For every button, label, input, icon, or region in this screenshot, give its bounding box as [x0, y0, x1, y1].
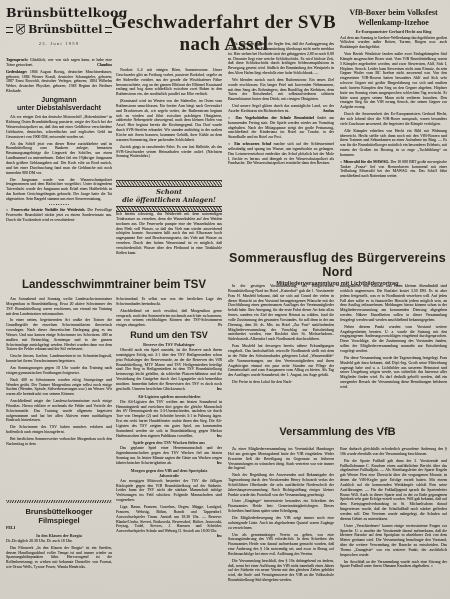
tsv-lineup-text: Liga: Baum, Franzen, Gawehns, Degen, Müg…	[116, 505, 222, 533]
public-grounds-notice-box: Schont die öffentlichen Anlagen!	[116, 180, 222, 212]
notice-line2: die öffentlichen Anlagen!	[116, 196, 222, 204]
column4-lower: Eine dadurch gleichfalls erforderlich ge…	[340, 447, 447, 597]
headline-landesschwimmtrainer: Landesschwimmtrainer beim TSV	[6, 279, 222, 291]
tsv-paragraph: Die Alt-Ligisten des TSV weilten am letz…	[116, 400, 222, 439]
column4-middle: mittagskaffee mit Kuchen und einen klein…	[340, 284, 447, 422]
schwimm-paragraph: Nach 400 m Schwimmen wurden eifrig Start…	[6, 378, 112, 397]
buergerverein-paragraph: Frau Musfeld hat deswegen bereits nähere…	[228, 344, 334, 378]
headline-jungmann-line2: unter Diebstahlsverdacht	[6, 105, 112, 113]
schwimm-paragraph: Am Sonnabend und Sonntag weilte Landessc…	[6, 297, 112, 316]
geschwader-signature: Aeolus	[319, 109, 334, 114]
boxer-lead-line: Ex-Europameister Gerhard Hecht am Ring	[340, 29, 447, 34]
vfb-paragraph: Nach der Begrüßung der Anwesenden und Be…	[228, 473, 334, 497]
column2-lower: Schwimmbad. Er selbst war von der herrli…	[116, 297, 222, 597]
schwimm-paragraph: In einer netten, begeisternden Art wußte…	[6, 318, 112, 352]
gedenktage: Gedenktage: 1804 August Borsig, deutsche…	[6, 70, 112, 94]
geschwader-paragraph: Und unsere Segel glitten durch das sonnt…	[228, 104, 334, 114]
vfb-paragraph: Die Versammlung beschloß, den § 10a dahi…	[228, 559, 334, 583]
schwimm-continuation: Abschließend sei noch erwähnt, daß Morge…	[116, 309, 222, 328]
tsv-paragraph: Am morgigen Mittwoch bestreitet der TSV …	[116, 479, 222, 503]
headline-vfb-boxer: VfB-Boxer beim Volksfest Wellenkamp-Itze…	[340, 8, 447, 27]
ornament-left	[6, 27, 13, 33]
jungmann-paragraph: Der Jungmann wurde von der Wasserschutzp…	[6, 178, 112, 202]
tsv-paragraph: Das geplante Spiel einer Herrenmannschaf…	[116, 446, 222, 465]
headline-sommerausflug-title: Sommerausflug des Bürgervereins Nord	[228, 251, 447, 279]
masthead-title-row: Brünsbüttel	[6, 22, 112, 37]
tagesspruch: Tagesspruch: Glücklich, wer von sich sag…	[6, 58, 112, 68]
tagesspruch-label: Tagesspruch:	[6, 58, 28, 62]
tsv-reserve-signature: hw	[213, 387, 222, 392]
film-times: Di–Do täglich 20.30 Uhr, Di. auch 18 Uhr…	[6, 539, 112, 544]
vfb-paragraph: Unter „Eingänge“ interessierte besonders…	[228, 499, 334, 514]
schaf-lead: ○ Ein schwarzes Schaf	[228, 142, 271, 146]
tsv-altligisten-signature: hw	[213, 434, 222, 439]
vfb-paragraph: Unter „Verschiedenes“ kamen einige verei…	[340, 524, 447, 558]
film-title: In den Klauen der Borgia	[6, 533, 112, 538]
issue-date: 23. Juni 1959	[6, 41, 112, 46]
feuerwehr-continuation: lich bereits schwierig, das Weidevieh mi…	[116, 212, 222, 256]
boxer-paragraph: Vom Bezirk Westküste fanden außer zwei E…	[340, 52, 447, 110]
geschwader-paragraph: Nordost 3–4 mit einigen Böen, Sommersonn…	[116, 68, 222, 97]
headline-vfb-boxer-line1: VfB-Boxer beim Volksfest	[340, 8, 447, 18]
schwimm-paragraph: Am Sonntagmorgen gegen 10 Uhr wurde das …	[6, 366, 112, 376]
column1-middle: Am Sonnabend und Sonntag weilte Landessc…	[6, 297, 112, 497]
buergerverein-paragraph: Neben diesem Punkt wurden vom Vorstand w…	[340, 325, 447, 354]
headline-jungmann: Jungmann unter Diebstahlsverdacht	[6, 97, 112, 113]
schaf-note: ○ Ein schwarzes Schaf machte sich auf de…	[228, 142, 334, 166]
vogelschiessen-note: ○ Das Vogelschießen der Schule Brunsbütt…	[228, 116, 334, 140]
section-divider	[6, 500, 112, 503]
article-end-divider	[49, 204, 69, 206]
schwimm-paragraph: Anschließend zeigte der Landesschwimmtra…	[6, 399, 112, 423]
column2-middle: lich bereits schwierig, das Weidevieh mi…	[116, 212, 222, 276]
notice-box-text: Schont die öffentlichen Anlagen!	[116, 187, 222, 206]
vfb-paragraph: Die Mitgliederbewegung des VfB zeigt imm…	[228, 516, 334, 531]
buergerverein-paragraph: Die Preise in dem Lokal für den Nach-	[228, 380, 334, 385]
headline-geschwaderfahrt-line1: Geschwaderfahrt der SVB	[110, 12, 338, 34]
tsv-subhead-vfb-line2: Jahnstraße	[116, 473, 222, 478]
film-review: Das Filmwerk „In den Klauen der Borgia“ …	[6, 546, 112, 570]
tsv-subhead-altligisten: Alt-Ligisten spielten unentschieden	[116, 394, 222, 399]
vfb-paragraph: Für die Sparte Fußball gab dann der 2. V…	[340, 459, 447, 522]
headline-filmspiegel: Brunsbüttelkooger Filmspiegel	[6, 508, 112, 525]
schwimm-paragraph: Die Schwimmer des TSV haben manches erfa…	[6, 425, 112, 435]
headline-rund-um-den-tsv: Rund um den TSV	[116, 330, 222, 340]
schwimm-paragraph: Gesche Jansen, Itzehoe, Landesmeisterin …	[6, 354, 112, 364]
column2-top: Nordost 3–4 mit einigen Böen, Sommersonn…	[116, 68, 222, 178]
column1-film: Brunsbüttelkooger Filmspiegel FELI In de…	[6, 506, 112, 597]
geschwader-paragraph: Wir blenden zurück nach dem Ruthenstrom:…	[228, 78, 334, 102]
vfb-paragraph: Eine dadurch gleichfalls erforderlich ge…	[340, 447, 447, 457]
boxer-paragraph: Alle Kämpfer erhielten von Hecht ein Bil…	[340, 129, 447, 158]
film-venue: FELI	[6, 526, 112, 531]
geschwader-paragraph: (Krautsand wird im Westen von der Südere…	[116, 99, 222, 143]
tsv-subhead-wacken: Spiele gegen den TSV Wacken fielen aus	[116, 440, 222, 445]
boxer-paragraph: Durch die Anwesenheit des Ex-Europameist…	[340, 112, 447, 127]
schwimm-paragraph: Bei herrlichem Sommerwetter verbrachte M…	[6, 437, 112, 447]
tsv-wacken-text: Das geplante Spiel einer Herrenmannschaf…	[116, 446, 222, 465]
mineral-lead: ○ Mineralöl für die MAWAG.	[340, 160, 389, 164]
headline-vfb-versammlung: Versammlung des VfB	[228, 426, 447, 438]
newspaper-page: Brünsbüttelkoog Brünsbüttel 23. Juni 195…	[0, 0, 450, 599]
tsv-wacken-signature: hw	[213, 461, 222, 466]
notice-line1: Schont	[116, 188, 222, 196]
mineral-note: ○ Mineralöl für die MAWAG. Der 10 000 BR…	[340, 160, 447, 179]
vogelschiessen-lead: ○ Das Vogelschießen der Schule Brunsbütt…	[228, 116, 314, 120]
schwimm-continuation: Schwimmbad. Er selbst war von der herrli…	[116, 297, 222, 307]
tsv-subhead-reserve: Reserve des TSV Pokalsieger	[116, 342, 222, 347]
masthead-title-line2: Brünsbüttel	[28, 24, 102, 36]
column1-top: Tagesspruch: Glücklich, wer von sich sag…	[6, 58, 112, 277]
tagesspruch-signature: Claudius	[97, 63, 112, 68]
column3-top: Mit Erstaunen stellten die Segler fest, …	[228, 42, 334, 248]
buergerverein-paragraph: In der gestrigen Vorstandssitzung des Bü…	[228, 284, 334, 342]
column4-top: VfB-Boxer beim Volksfest Wellenkamp-Itze…	[340, 8, 447, 248]
tsv-reserve-text: Obwohl noch ein Spiel aussteht, ist die …	[116, 348, 222, 391]
gedenktage-label: Gedenktage:	[6, 70, 27, 74]
boxer-paragraph: Auf dem am Sonntag in Itzehoe-Wellenkamp…	[340, 36, 447, 51]
tsv-altligisten-text: Die Alt-Ligisten des TSV weilten am letz…	[116, 400, 222, 438]
headline-vfb-boxer-line2: Wellenkamp-Itzehoe	[340, 18, 447, 28]
jungmann-paragraph: Als vor einiger Zeit das deutsche Motors…	[6, 115, 112, 139]
buergerverein-paragraph: Für diese Versammlung wurde die Tagesord…	[340, 356, 447, 390]
feuerwehr-note-lead: ○ Feuerwehr leistete Nothilfe für Weidev…	[6, 208, 85, 212]
headline-sommerausflug: Sommerausflug des Bürgervereins Nord Mit…	[228, 251, 447, 287]
jungmann-paragraph: Als das Schiff jetzt von dieser Reise zu…	[6, 142, 112, 176]
tsv-lineup-signature: hw	[213, 534, 222, 539]
feuerwehr-note: ○ Feuerwehr leistete Nothilfe für Weidev…	[6, 208, 112, 223]
tsv-subhead-vfb-match: Morgen gegen den VfB auf dem Sportplatz …	[116, 468, 222, 478]
geschwader-paragraph: Mit Erstaunen stellten die Segler fest, …	[228, 42, 334, 76]
geschwader-paragraph: Zurück gings in rauschender Fahrt. Es wa…	[116, 145, 222, 160]
schwimm-continuation-text: Abschließend sei noch erwähnt, daß Morge…	[116, 309, 222, 328]
headline-jungmann-line1: Jungmann	[6, 97, 112, 105]
city-crest-icon	[16, 22, 26, 37]
masthead-title-line1: Brünsbüttelkoog	[6, 6, 112, 20]
tsv-paragraph: Obwohl noch ein Spiel aussteht, ist die …	[116, 348, 222, 392]
schwimm-signature: Fs	[214, 323, 222, 328]
vfb-paragraph: Zu einer Mitgliederversammlung ins Verei…	[228, 447, 334, 471]
buergerverein-paragraph: mittagskaffee mit Kuchen und einen klein…	[340, 284, 447, 323]
column3-lower: Zu einer Mitgliederversammlung ins Verei…	[228, 447, 334, 597]
column3-middle: In der gestrigen Vorstandssitzung des Bü…	[228, 284, 334, 422]
tsv-paragraph: Liga: Baum, Franzen, Gawehns, Degen, Müg…	[116, 505, 222, 534]
vfb-paragraph: Im Anschluß an die Versammlung wurde noc…	[340, 560, 447, 570]
vfb-paragraph: Um als gemeinnütziger Verein zu gelten, …	[228, 533, 334, 557]
masthead: Brünsbüttelkoog Brünsbüttel 23. Juni 195…	[6, 6, 112, 46]
